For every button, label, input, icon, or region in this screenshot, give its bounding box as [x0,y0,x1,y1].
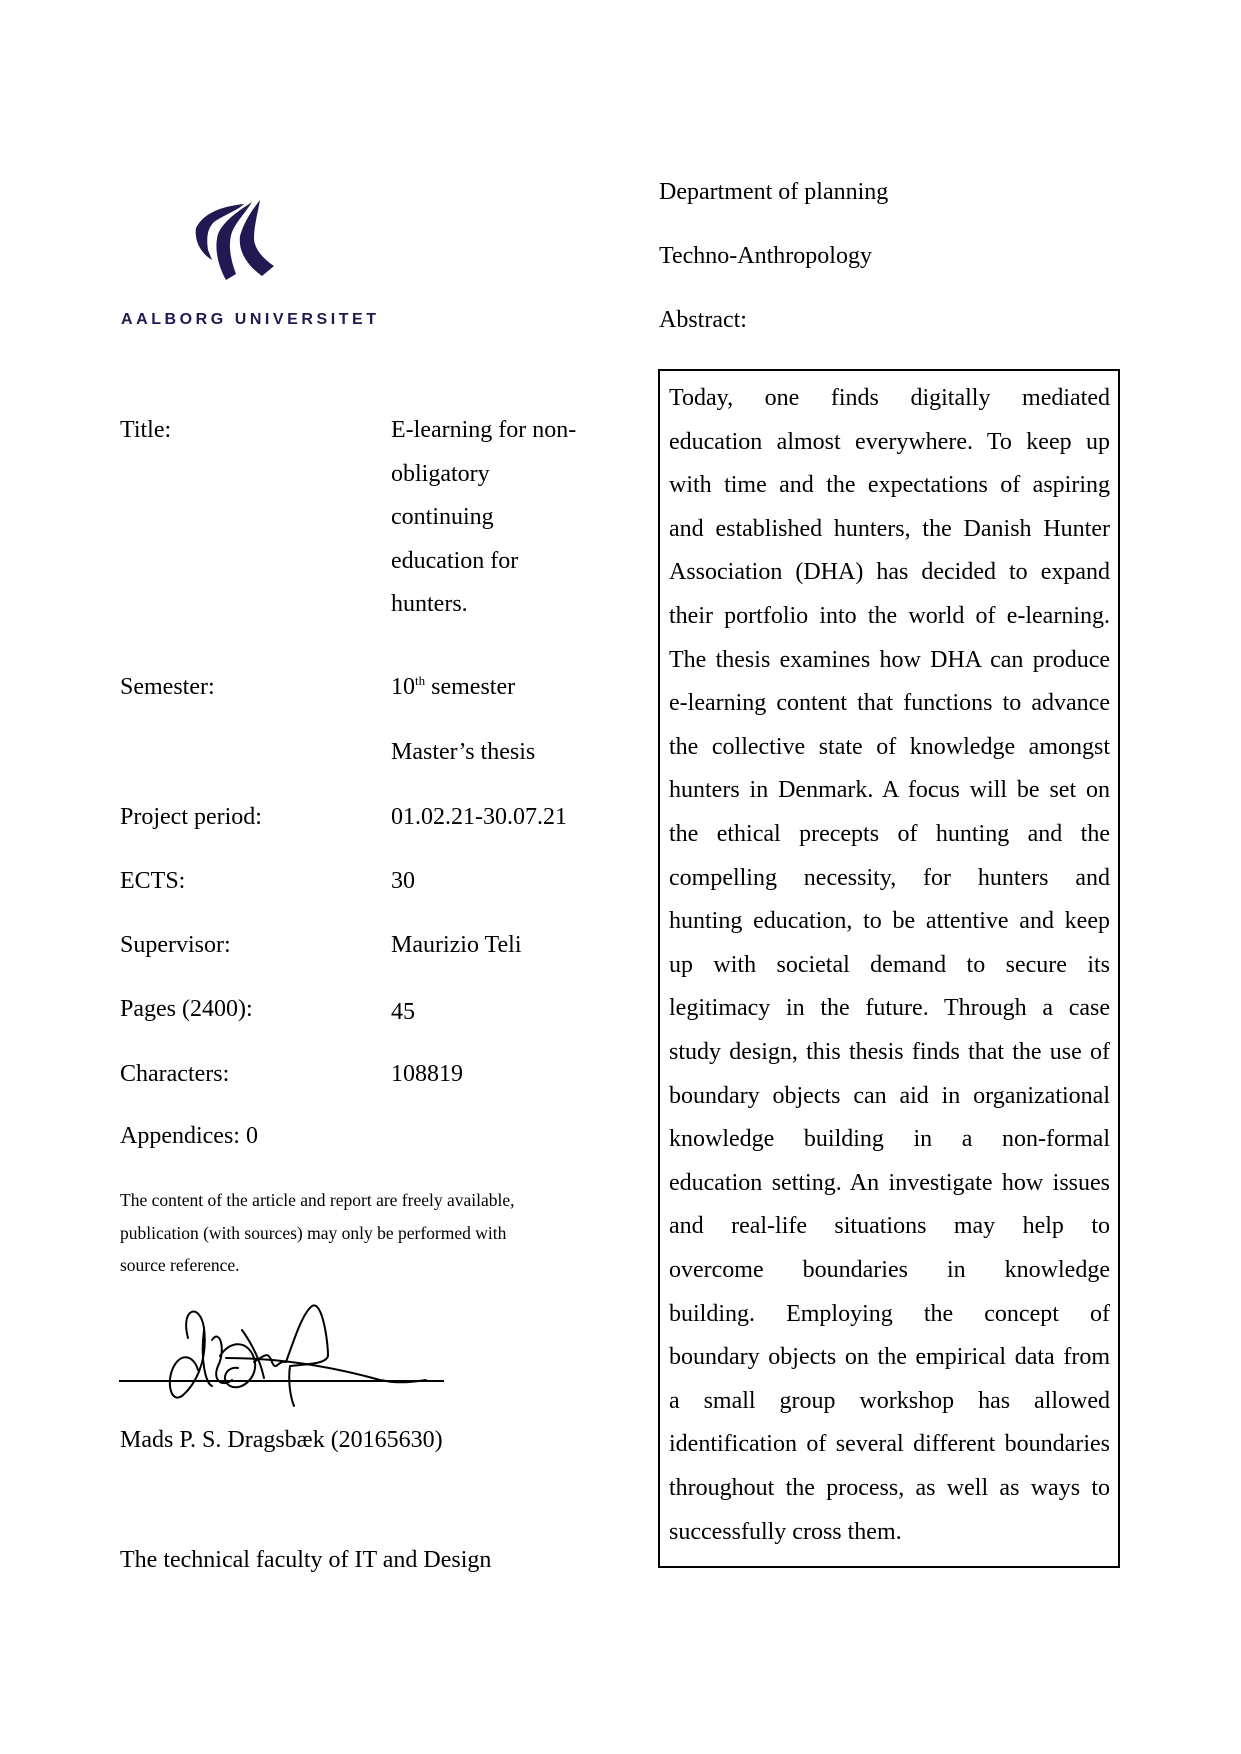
abstract-line: the ethical precepts of hunting and the [669,820,1110,848]
abstract-line: successfully cross them. [669,1518,1110,1546]
notice-line: The content of the article and report ar… [120,1189,515,1211]
aalborg-university-logo-icon [190,196,280,286]
abstract-line: their portfolio into the world of e-lear… [669,602,1110,630]
abstract-line: Today, one finds digitally mediated [669,384,1110,412]
characters-label: Characters: [120,1060,229,1088]
pages-label: Pages (2400): [120,995,253,1023]
title-line: E-learning for non- [391,416,576,444]
title-line: continuing [391,503,494,531]
title-label: Title: [120,416,171,444]
abstract-line: identification of several different boun… [669,1430,1110,1458]
ects-value: 30 [391,867,415,895]
appendices: Appendices: 0 [120,1122,258,1150]
abstract-line: study design, this thesis finds that the… [669,1038,1110,1066]
abstract-line: Association (DHA) has decided to expand [669,558,1110,586]
abstract-line: The thesis examines how DHA can produce [669,646,1110,674]
abstract-line: up with societal demand to secure its [669,951,1110,979]
abstract-line: e-learning content that functions to adv… [669,689,1110,717]
notice-line: source reference. [120,1254,240,1276]
programme-name: Techno-Anthropology [659,242,872,270]
title-line: education for [391,547,518,575]
abstract-line: boundary objects on the empirical data f… [669,1343,1110,1371]
abstract-line: knowledge building in a non-formal [669,1125,1110,1153]
title-line: obligatory [391,460,490,488]
pages-value: 45 [391,998,415,1026]
abstract-line: overcome boundaries in knowledge [669,1256,1110,1284]
title-line: hunters. [391,590,468,618]
author-name: Mads P. S. Dragsbæk (20165630) [120,1426,443,1454]
abstract-line: and real-life situations may help to [669,1212,1110,1240]
semester-value: 10th semester [391,673,515,701]
characters-value: 108819 [391,1060,463,1088]
abstract-label: Abstract: [659,306,747,334]
abstract-line: hunters in Denmark. A focus will be set … [669,776,1110,804]
supervisor-value: Maurizio Teli [391,931,522,959]
abstract-line: building. Employing the concept of [669,1300,1110,1328]
semester-label: Semester: [120,673,215,701]
notice-line: publication (with sources) may only be p… [120,1222,506,1244]
abstract-line: compelling necessity, for hunters and [669,864,1110,892]
abstract-line: a small group workshop has allowed [669,1387,1110,1415]
abstract-line: with time and the expectations of aspiri… [669,471,1110,499]
department-name: Department of planning [659,178,888,206]
abstract-line: the collective state of knowledge amongs… [669,733,1110,761]
abstract-line: education almost everywhere. To keep up [669,428,1110,456]
abstract-line: and established hunters, the Danish Hunt… [669,515,1110,543]
abstract-line: throughout the process, as well as ways … [669,1474,1110,1502]
thesis-type: Master’s thesis [391,738,535,766]
abstract-line: hunting education, to be attentive and k… [669,907,1110,935]
supervisor-label: Supervisor: [120,931,231,959]
university-wordmark: AALBORG UNIVERSITET [121,311,380,329]
abstract-line: education setting. An investigate how is… [669,1169,1110,1197]
ects-label: ECTS: [120,867,185,895]
abstract-line: boundary objects can aid in organization… [669,1082,1110,1110]
signature-icon [160,1300,460,1410]
project-period-value: 01.02.21-30.07.21 [391,803,567,831]
project-period-label: Project period: [120,803,262,831]
faculty-footer: The technical faculty of IT and Design [120,1546,491,1574]
abstract-line: legitimacy in the future. Through a case [669,994,1110,1022]
